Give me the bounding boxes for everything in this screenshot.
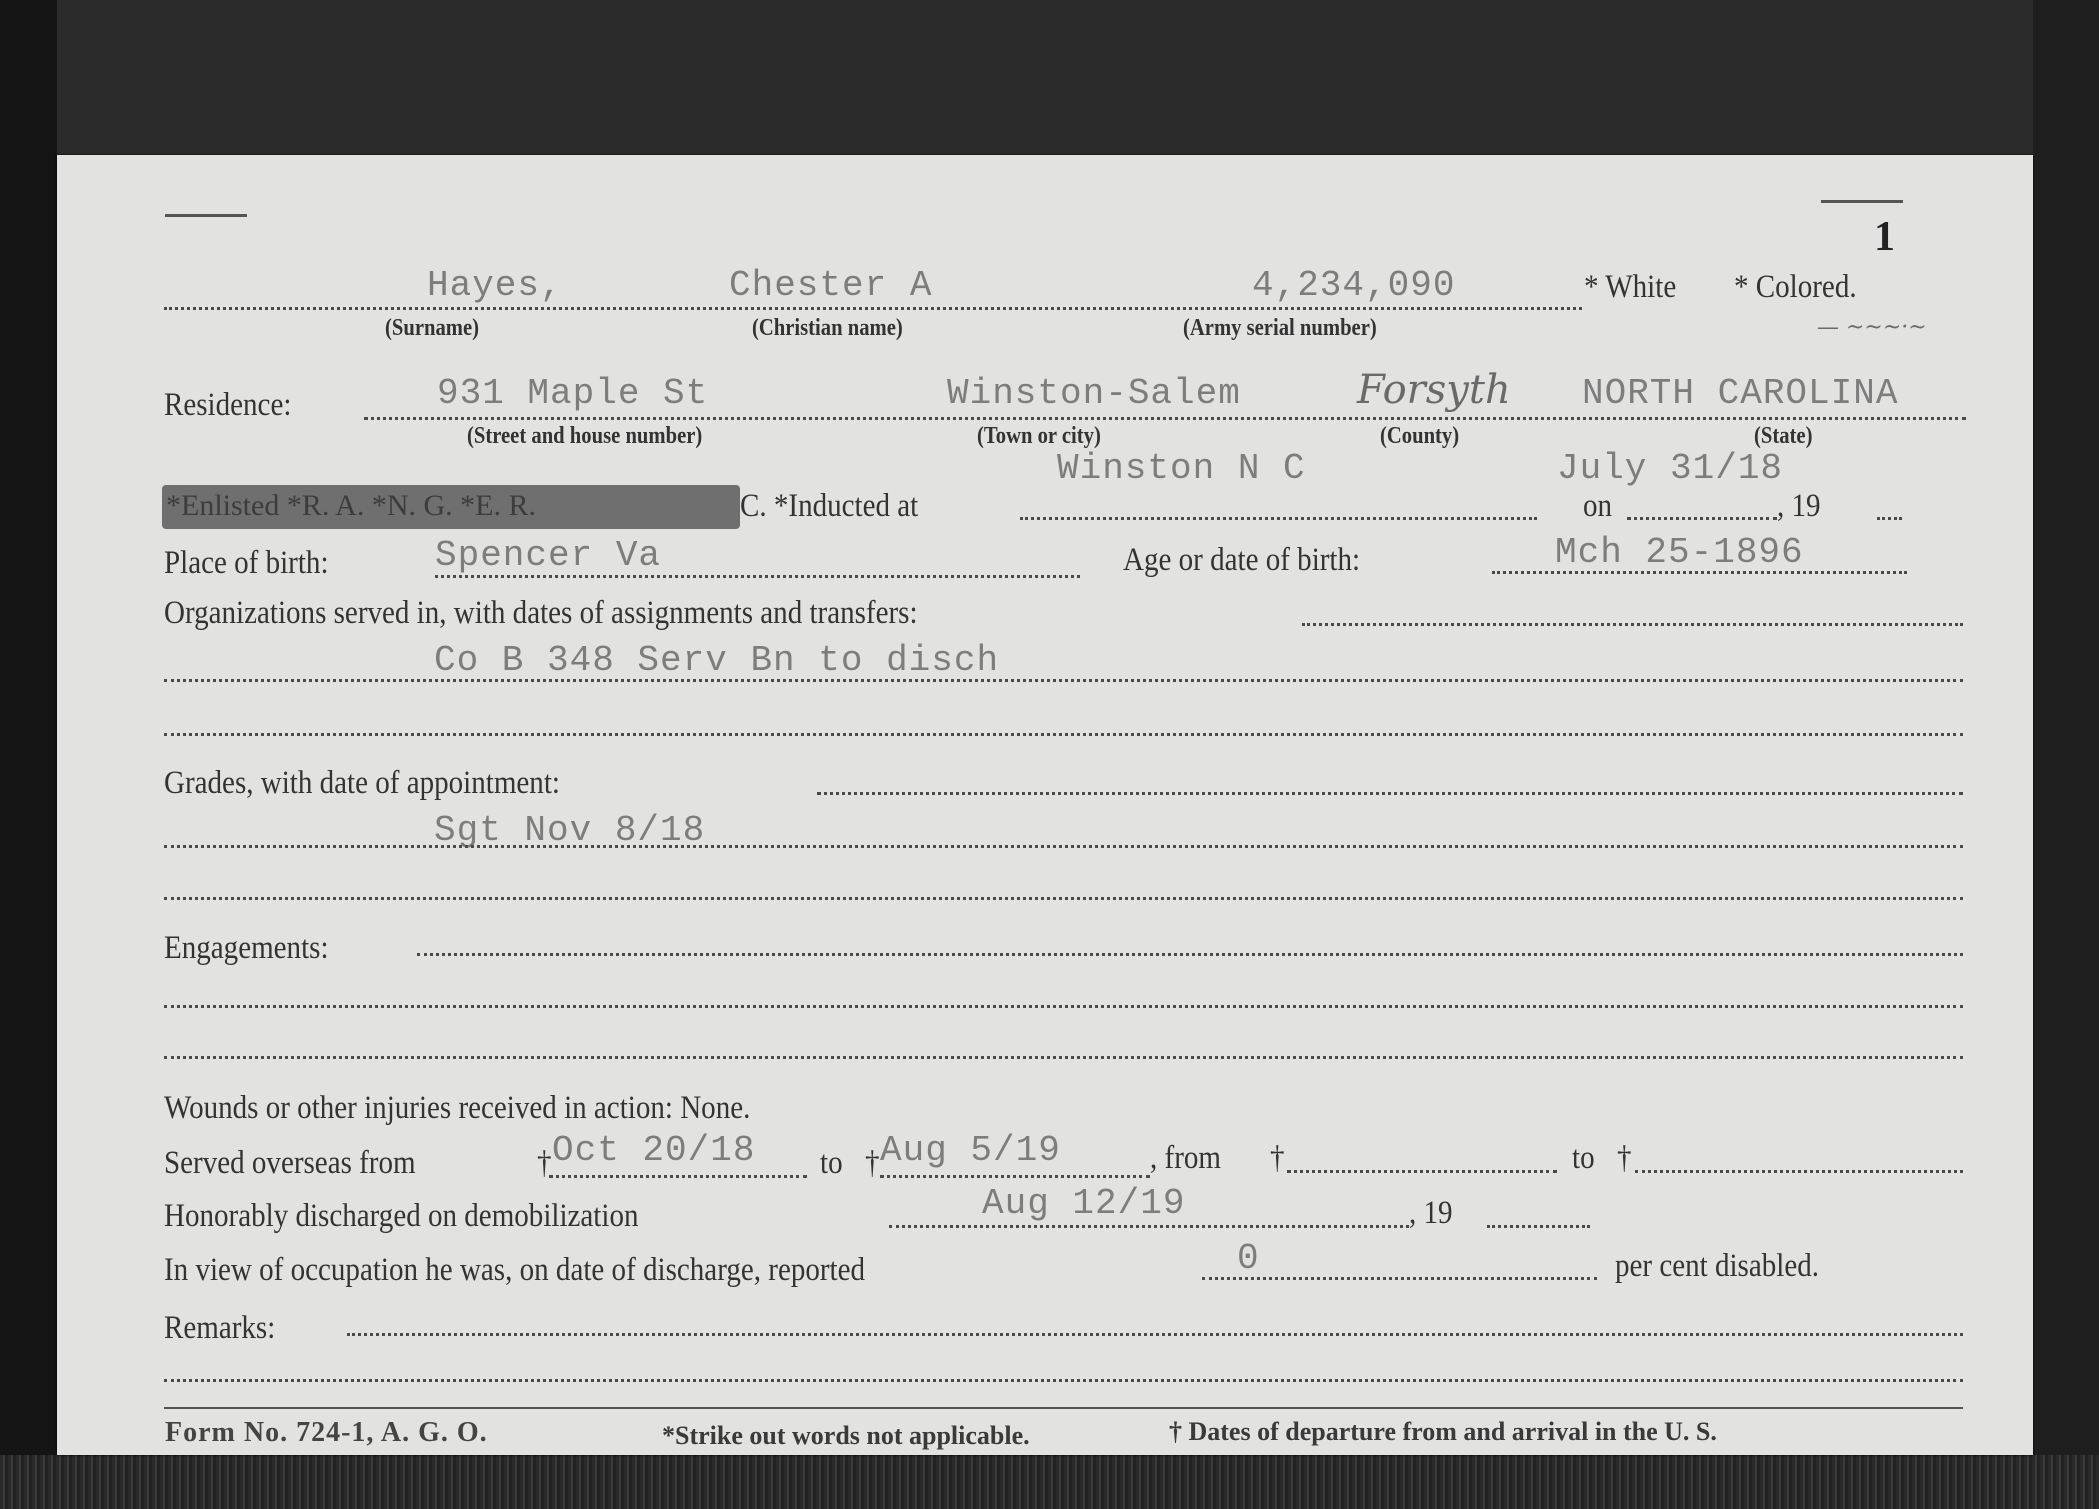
engagements-line-3 — [164, 1056, 1963, 1059]
street-label: (Street and house number) — [467, 423, 702, 450]
top-right-rule — [1821, 200, 1903, 203]
dates-note: † Dates of departure from and arrival in… — [1169, 1417, 1717, 1447]
discharged-year-label: , 19 — [1409, 1195, 1453, 1232]
discharged-label: Honorably discharged on demobilization — [164, 1198, 638, 1235]
organizations-value: Co B 348 Serv Bn to disch — [434, 640, 999, 681]
wounds-label: Wounds or other injuries received in act… — [164, 1090, 750, 1127]
town-value: Winston-Salem — [947, 373, 1241, 414]
grades-line-3 — [164, 897, 1963, 900]
remarks-label: Remarks: — [164, 1310, 275, 1347]
age-dob-label: Age or date of birth: — [1123, 542, 1360, 579]
place-of-birth-value: Spencer Va — [435, 535, 661, 576]
army-serial-value: 4,234,090 — [1252, 265, 1455, 306]
surname-value: Hayes, — [427, 265, 563, 306]
state-value: NORTH CAROLINA — [1582, 373, 1898, 414]
struck-out-enlistment-options: *Enlisted *R. A. *N. G. *E. R. — [162, 485, 740, 529]
footer-rule — [164, 1407, 1963, 1409]
second-to-line — [1635, 1170, 1963, 1173]
dagger-4: † — [1617, 1140, 1632, 1177]
christian-name-value: Chester A — [729, 265, 932, 306]
remarks-line-2 — [164, 1379, 1963, 1382]
scan-background-right — [2033, 0, 2099, 1509]
on-label: on — [1583, 488, 1612, 525]
discharged-year-line — [1487, 1225, 1590, 1228]
race-colored-option: * Colored. — [1734, 269, 1857, 306]
scan-background-bottom — [0, 1455, 2099, 1509]
place-of-birth-label: Place of birth: — [164, 545, 329, 582]
second-from-label: , from — [1150, 1140, 1221, 1177]
percent-disabled-value: 0 — [1237, 1238, 1260, 1279]
scan-background-left — [0, 0, 57, 1509]
overseas-to-label: to — [820, 1145, 843, 1182]
engagements-line-2 — [164, 1005, 1963, 1008]
remarks-line-1 — [347, 1333, 1963, 1336]
date-of-birth-value: Mch 25-1896 — [1555, 532, 1804, 573]
organizations-label: Organizations served in, with dates of a… — [164, 595, 918, 632]
race-white-option: * White — [1584, 269, 1676, 306]
form-number: Form No. 724-1, A. G. O. — [165, 1417, 488, 1449]
name-line — [164, 307, 1582, 310]
strike-out-note: *Strike out words not applicable. — [662, 1421, 1030, 1451]
discharged-date-value: Aug 12/19 — [982, 1183, 1185, 1224]
place-of-birth-line — [435, 575, 1080, 578]
discharged-date-line — [889, 1225, 1409, 1228]
served-overseas-label: Served overseas from — [164, 1145, 416, 1182]
service-record-card: 1 Hayes, Chester A 4,234,090 * White * C… — [57, 155, 2033, 1455]
inducted-year-line — [1877, 517, 1902, 520]
residence-label: Residence: — [164, 387, 291, 424]
grades-line-1 — [817, 792, 1963, 795]
engagements-line-1 — [417, 953, 1963, 956]
top-left-rule — [165, 214, 247, 217]
organizations-line-3 — [164, 733, 1963, 736]
overseas-to-value: Aug 5/19 — [880, 1130, 1061, 1171]
dagger-2: † — [865, 1145, 880, 1182]
christian-name-label: (Christian name) — [752, 315, 903, 342]
percent-disabled-line — [1202, 1277, 1597, 1280]
organizations-line-2 — [164, 679, 1963, 682]
date-of-birth-line — [1492, 571, 1907, 574]
surname-label: (Surname) — [385, 315, 479, 342]
inducted-on-line — [1627, 517, 1777, 520]
grades-label: Grades, with date of appointment: — [164, 765, 560, 802]
street-value: 931 Maple St — [437, 373, 708, 414]
dagger-3: † — [1270, 1140, 1285, 1177]
pencil-mark: — ~~~·~ — [1817, 315, 1927, 340]
overseas-from-value: Oct 20/18 — [552, 1130, 755, 1171]
overseas-from-line — [549, 1175, 807, 1178]
army-serial-label: (Army serial number) — [1183, 315, 1377, 342]
inducted-on-value: July 31/18 — [1557, 448, 1783, 489]
overseas-to-line — [880, 1175, 1150, 1178]
grades-line-2 — [164, 845, 1963, 848]
county-label: (County) — [1380, 423, 1459, 450]
engagements-label: Engagements: — [164, 930, 329, 967]
inducted-at-label: C. *Inducted at — [740, 488, 918, 525]
second-from-line — [1287, 1170, 1557, 1173]
state-label: (State) — [1754, 423, 1812, 450]
county-value: Forsyth — [1357, 367, 1511, 413]
town-label: (Town or city) — [977, 423, 1101, 450]
inducted-at-line — [1020, 517, 1537, 520]
second-to-label: to — [1572, 1140, 1595, 1177]
inducted-at-value: Winston N C — [1057, 448, 1306, 489]
organizations-line-1 — [1302, 623, 1963, 626]
residence-line — [364, 417, 1966, 420]
in-view-label: In view of occupation he was, on date of… — [164, 1252, 865, 1289]
enlisted-options-struck: *Enlisted *R. A. *N. G. *E. R. — [166, 489, 536, 523]
per-cent-disabled-label: per cent disabled. — [1615, 1248, 1819, 1285]
inducted-year-label: , 19 — [1777, 488, 1821, 525]
card-number: 1 — [1874, 213, 1895, 261]
